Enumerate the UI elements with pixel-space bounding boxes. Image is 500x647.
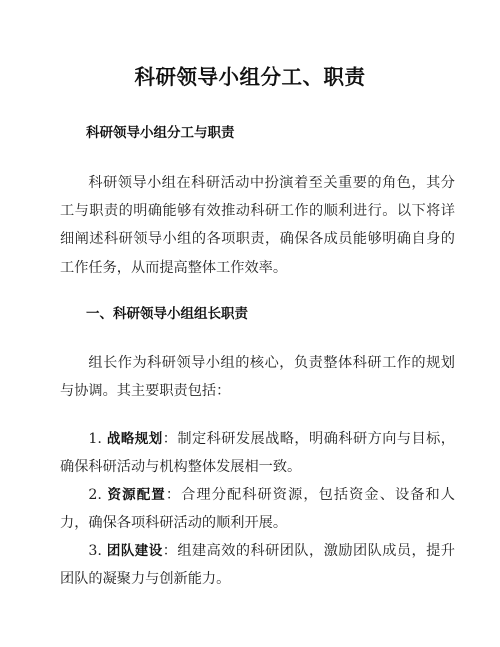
list-item: 1. 战略规划：制定科研发展战略，明确科研方向与目标，确保科研活动与机构整体发展… — [60, 425, 455, 481]
item-label: 战略规划 — [107, 431, 163, 447]
item-number: 3. — [88, 543, 107, 559]
intro-paragraph: 科研领导小组在科研活动中扮演着至关重要的角色，其分工与职责的明确能够有效推动科研… — [60, 169, 455, 282]
subtitle-heading: 科研领导小组分工与职责 — [86, 121, 235, 141]
section1-intro-paragraph: 组长作为科研领导小组的核心，负责整体科研工作的规划与协调。其主要职责包括： — [60, 349, 455, 405]
list-item: 2. 资源配置：合理分配科研资源，包括资金、设备和人力，确保各项科研活动的顺利开… — [60, 481, 455, 537]
item-number: 2. — [88, 487, 107, 503]
item-separator: ： — [163, 431, 178, 447]
section1-heading: 一、科研领导小组组长职责 — [86, 302, 248, 322]
list-item: 3. 团队建设：组建高效的科研团队，激励团队成员，提升团队的凝聚力与创新能力。 — [60, 537, 455, 593]
item-separator: ： — [166, 487, 181, 503]
item-label: 团队建设 — [107, 543, 163, 559]
item-label: 资源配置 — [108, 487, 166, 503]
document-title: 科研领导小组分工、职责 — [0, 60, 500, 90]
item-number: 1. — [88, 431, 107, 447]
document-page: 科研领导小组分工、职责 科研领导小组分工与职责 科研领导小组在科研活动中扮演着至… — [0, 0, 500, 647]
item-separator: ： — [163, 543, 178, 559]
